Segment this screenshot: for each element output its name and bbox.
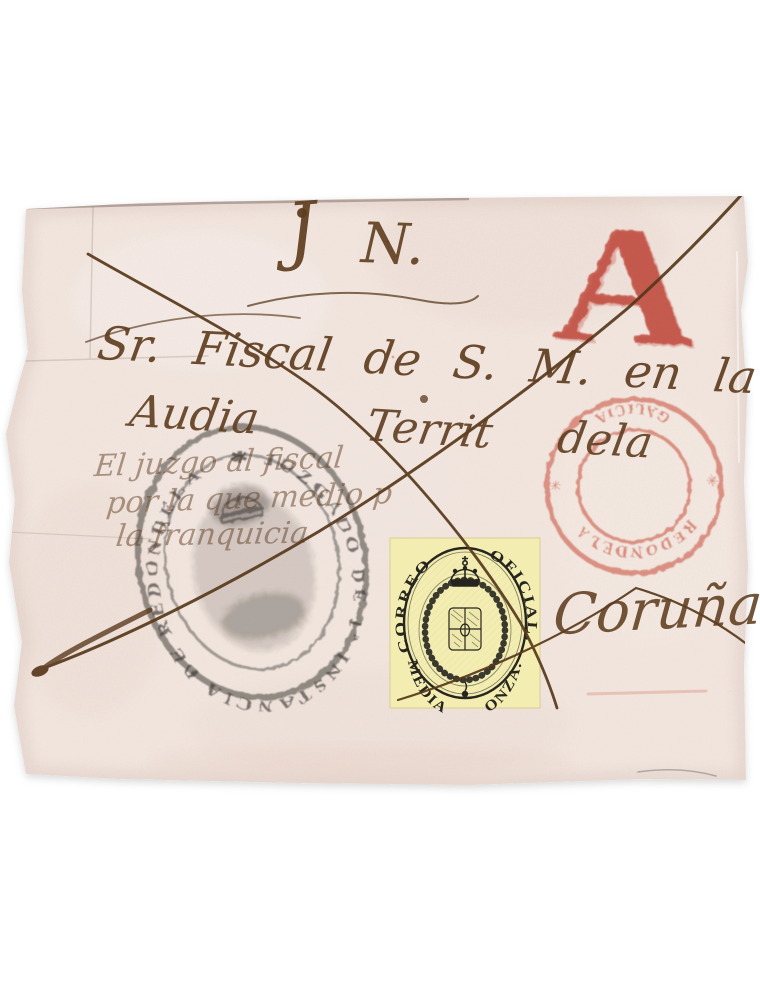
address-line-2-word-audiencia: Audia (126, 386, 263, 444)
address-line-2-word-territorial: Territ (362, 400, 496, 458)
baeza-ornament-right: ✳ (550, 477, 562, 492)
docket-line-1: El juzgo al fiscal (93, 443, 345, 482)
destination-word: Coruña (551, 577, 760, 644)
addressee-initial-first: J (284, 192, 319, 268)
philatelic-cover-photo: ✱ JUZGADO DE 1ª INSTANCIA DE REDONDELA R… (0, 0, 760, 988)
baeza-ornament-left: ✳ (706, 471, 718, 486)
official-stamp: CORREO OFICIAL. MEDIA ONZA. (390, 538, 540, 718)
address-line-2-word-dela: dela (554, 412, 657, 468)
addressee-initial-second: N. (360, 216, 425, 274)
ink-blob (420, 395, 428, 403)
docket-line-3: la franquicia (114, 519, 310, 552)
